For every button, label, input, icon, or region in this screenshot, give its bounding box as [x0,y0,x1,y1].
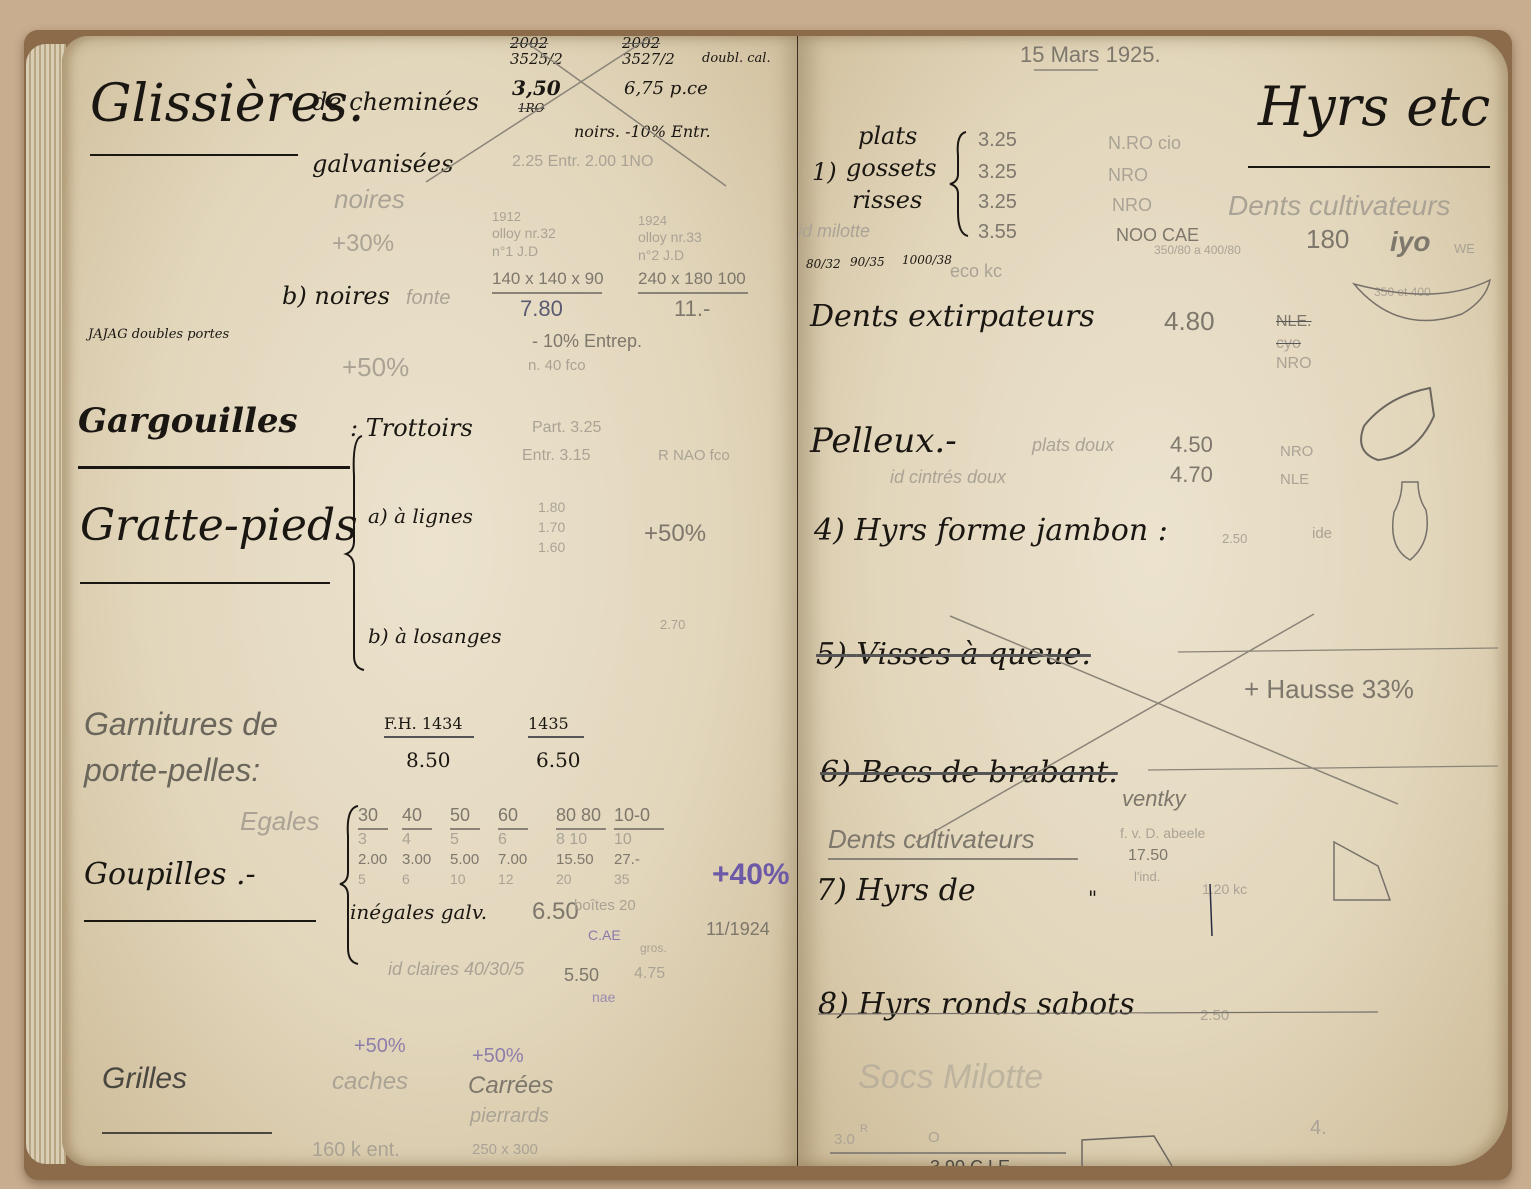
goupilles-sizes-top-4: 80 80 [556,806,601,824]
goupilles-sizes-bottom-1: 4 [402,832,411,848]
right-page: 15 Mars 1925. Hyrs etc 1) plats gossets … [798,36,1508,1166]
goupilles-sizes-bottom-0: 3 [358,832,367,848]
goupilles-prices-4: 15.50 [556,852,594,867]
goupilles-prices-2: 5.00 [450,852,479,867]
goupilles-prices-0: 2.00 [358,852,387,867]
goupilles-sizes-top-0: 30 [358,806,378,824]
goupilles-counts-5: 35 [614,872,630,886]
page-edges [26,44,66,1164]
goupilles-counts-4: 20 [556,872,572,886]
goupilles-counts-3: 12 [498,872,514,886]
goupilles-sizes-top-5: 10-0 [614,806,650,824]
goupilles-sizes-top-1: 40 [402,806,422,824]
goupilles-prices-3: 7.00 [498,852,527,867]
goupilles-counts-2: 10 [450,872,466,886]
goupilles-sizes-top-3: 60 [498,806,518,824]
goupilles-prices-5: 27.- [614,852,640,867]
goupilles-sizes-bottom-5: 10 [614,832,632,848]
goupilles-sizes-top-2: 50 [450,806,470,824]
left-page: Glissières. de cheminées galvanisées noi… [62,36,800,1166]
goupilles-sizes-bottom-3: 6 [498,832,507,848]
right-page-marks [798,36,1508,1166]
goupilles-sizes-bottom-4: 8 10 [556,832,587,848]
goupilles-sizes-bottom-2: 5 [450,832,459,848]
goupilles-counts-0: 5 [358,872,366,886]
left-page-marks [62,36,800,1166]
goupilles-prices-1: 3.00 [402,852,431,867]
goupilles-counts-1: 6 [402,872,410,886]
